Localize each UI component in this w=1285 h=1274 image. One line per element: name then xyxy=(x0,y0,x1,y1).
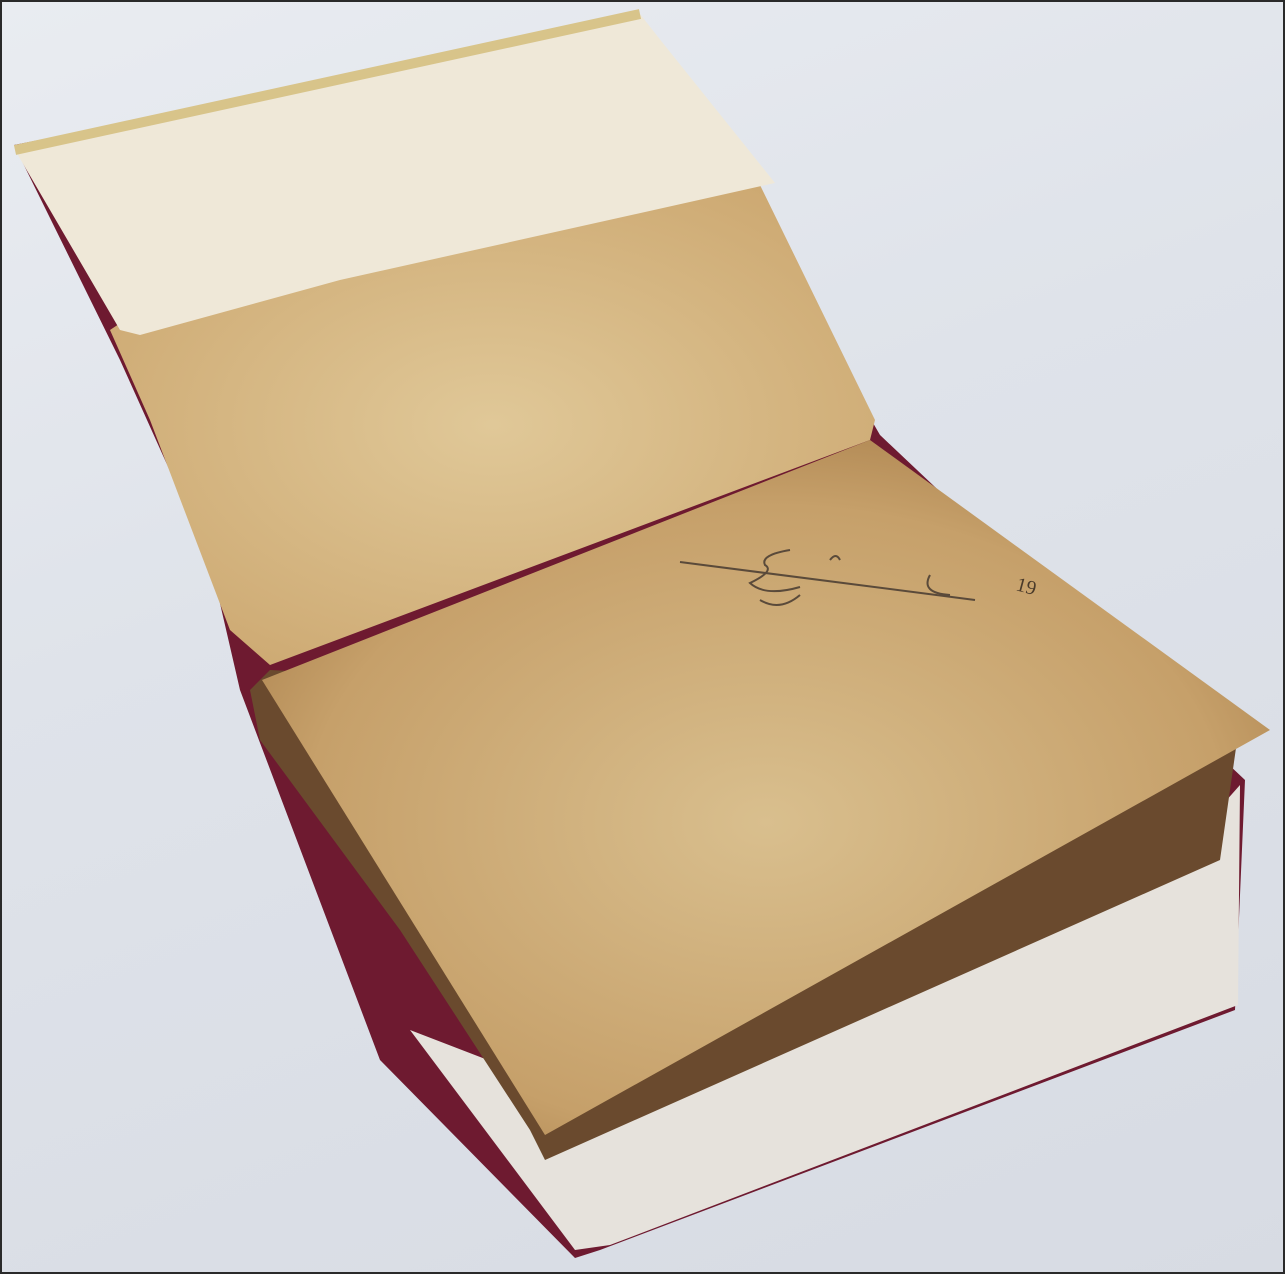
book-photo: 19 xyxy=(0,0,1285,1274)
